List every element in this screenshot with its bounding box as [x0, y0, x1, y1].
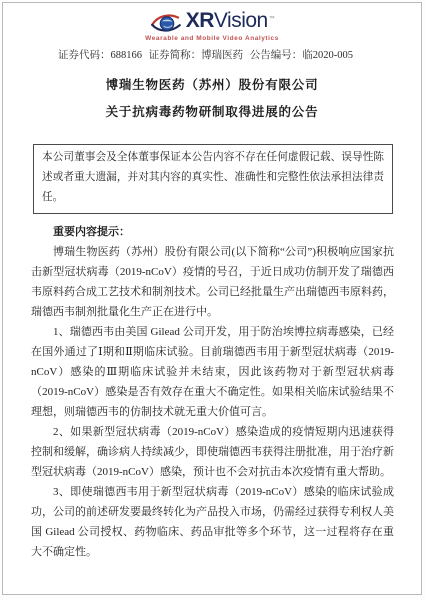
body-paragraph: 2、如果新型冠状病毒（2019-nCoV）感染造成的疫情短期内迅速获得控制和缓解…	[31, 422, 394, 482]
announcement-page: XRVision™ Wearable and Mobile Video Anal…	[2, 2, 422, 595]
body-text: 博瑞生物医药（苏州）股份有限公司(以下简称“公司”)积极响应国家抗击新型冠状病毒…	[31, 242, 394, 562]
stock-header-row: 证券代码：688166 证券简称：博瑞医药 公告编号：临2020-005	[58, 49, 353, 62]
company-title: 博瑞生物医药（苏州）股份有限公司	[3, 77, 421, 93]
stock-name: 证券简称：博瑞医药	[149, 49, 244, 62]
trademark-symbol: ™	[269, 8, 275, 30]
announcement-number: 公告编号：临2020-005	[250, 49, 353, 62]
brand-xr: XR	[186, 10, 214, 32]
body-paragraph: 1、瑞德西韦由美国 Gilead 公司开发，用于防治埃博拉病毒感染，已经在国外通…	[31, 322, 394, 422]
eye-icon	[150, 12, 184, 35]
body-paragraph: 3、即使瑞德西韦用于新型冠状病毒（2019-nCoV）感染的临床试验成功，公司的…	[31, 482, 394, 562]
stock-code: 证券代码：688166	[58, 49, 142, 62]
logo-tagline: Wearable and Mobile Video Analytics	[3, 35, 421, 42]
brand-text: XRVision™	[186, 10, 275, 37]
brand-vision: Vision	[214, 10, 268, 32]
body-paragraph: 博瑞生物医药（苏州）股份有限公司(以下简称“公司”)积极响应国家抗击新型冠状病毒…	[31, 242, 394, 322]
disclaimer-box: 本公司董事会及全体董事保证本公告内容不存在任何虚假记载、误导性陈述或者重大遗漏，…	[33, 144, 393, 214]
xrvision-logo: XRVision™ Wearable and Mobile Video Anal…	[3, 11, 421, 42]
announcement-title: 关于抗病毒药物研制取得进展的公告	[3, 104, 421, 120]
logo-row: XRVision™	[3, 11, 421, 35]
important-notice-heading: 重要内容提示：	[31, 222, 394, 242]
